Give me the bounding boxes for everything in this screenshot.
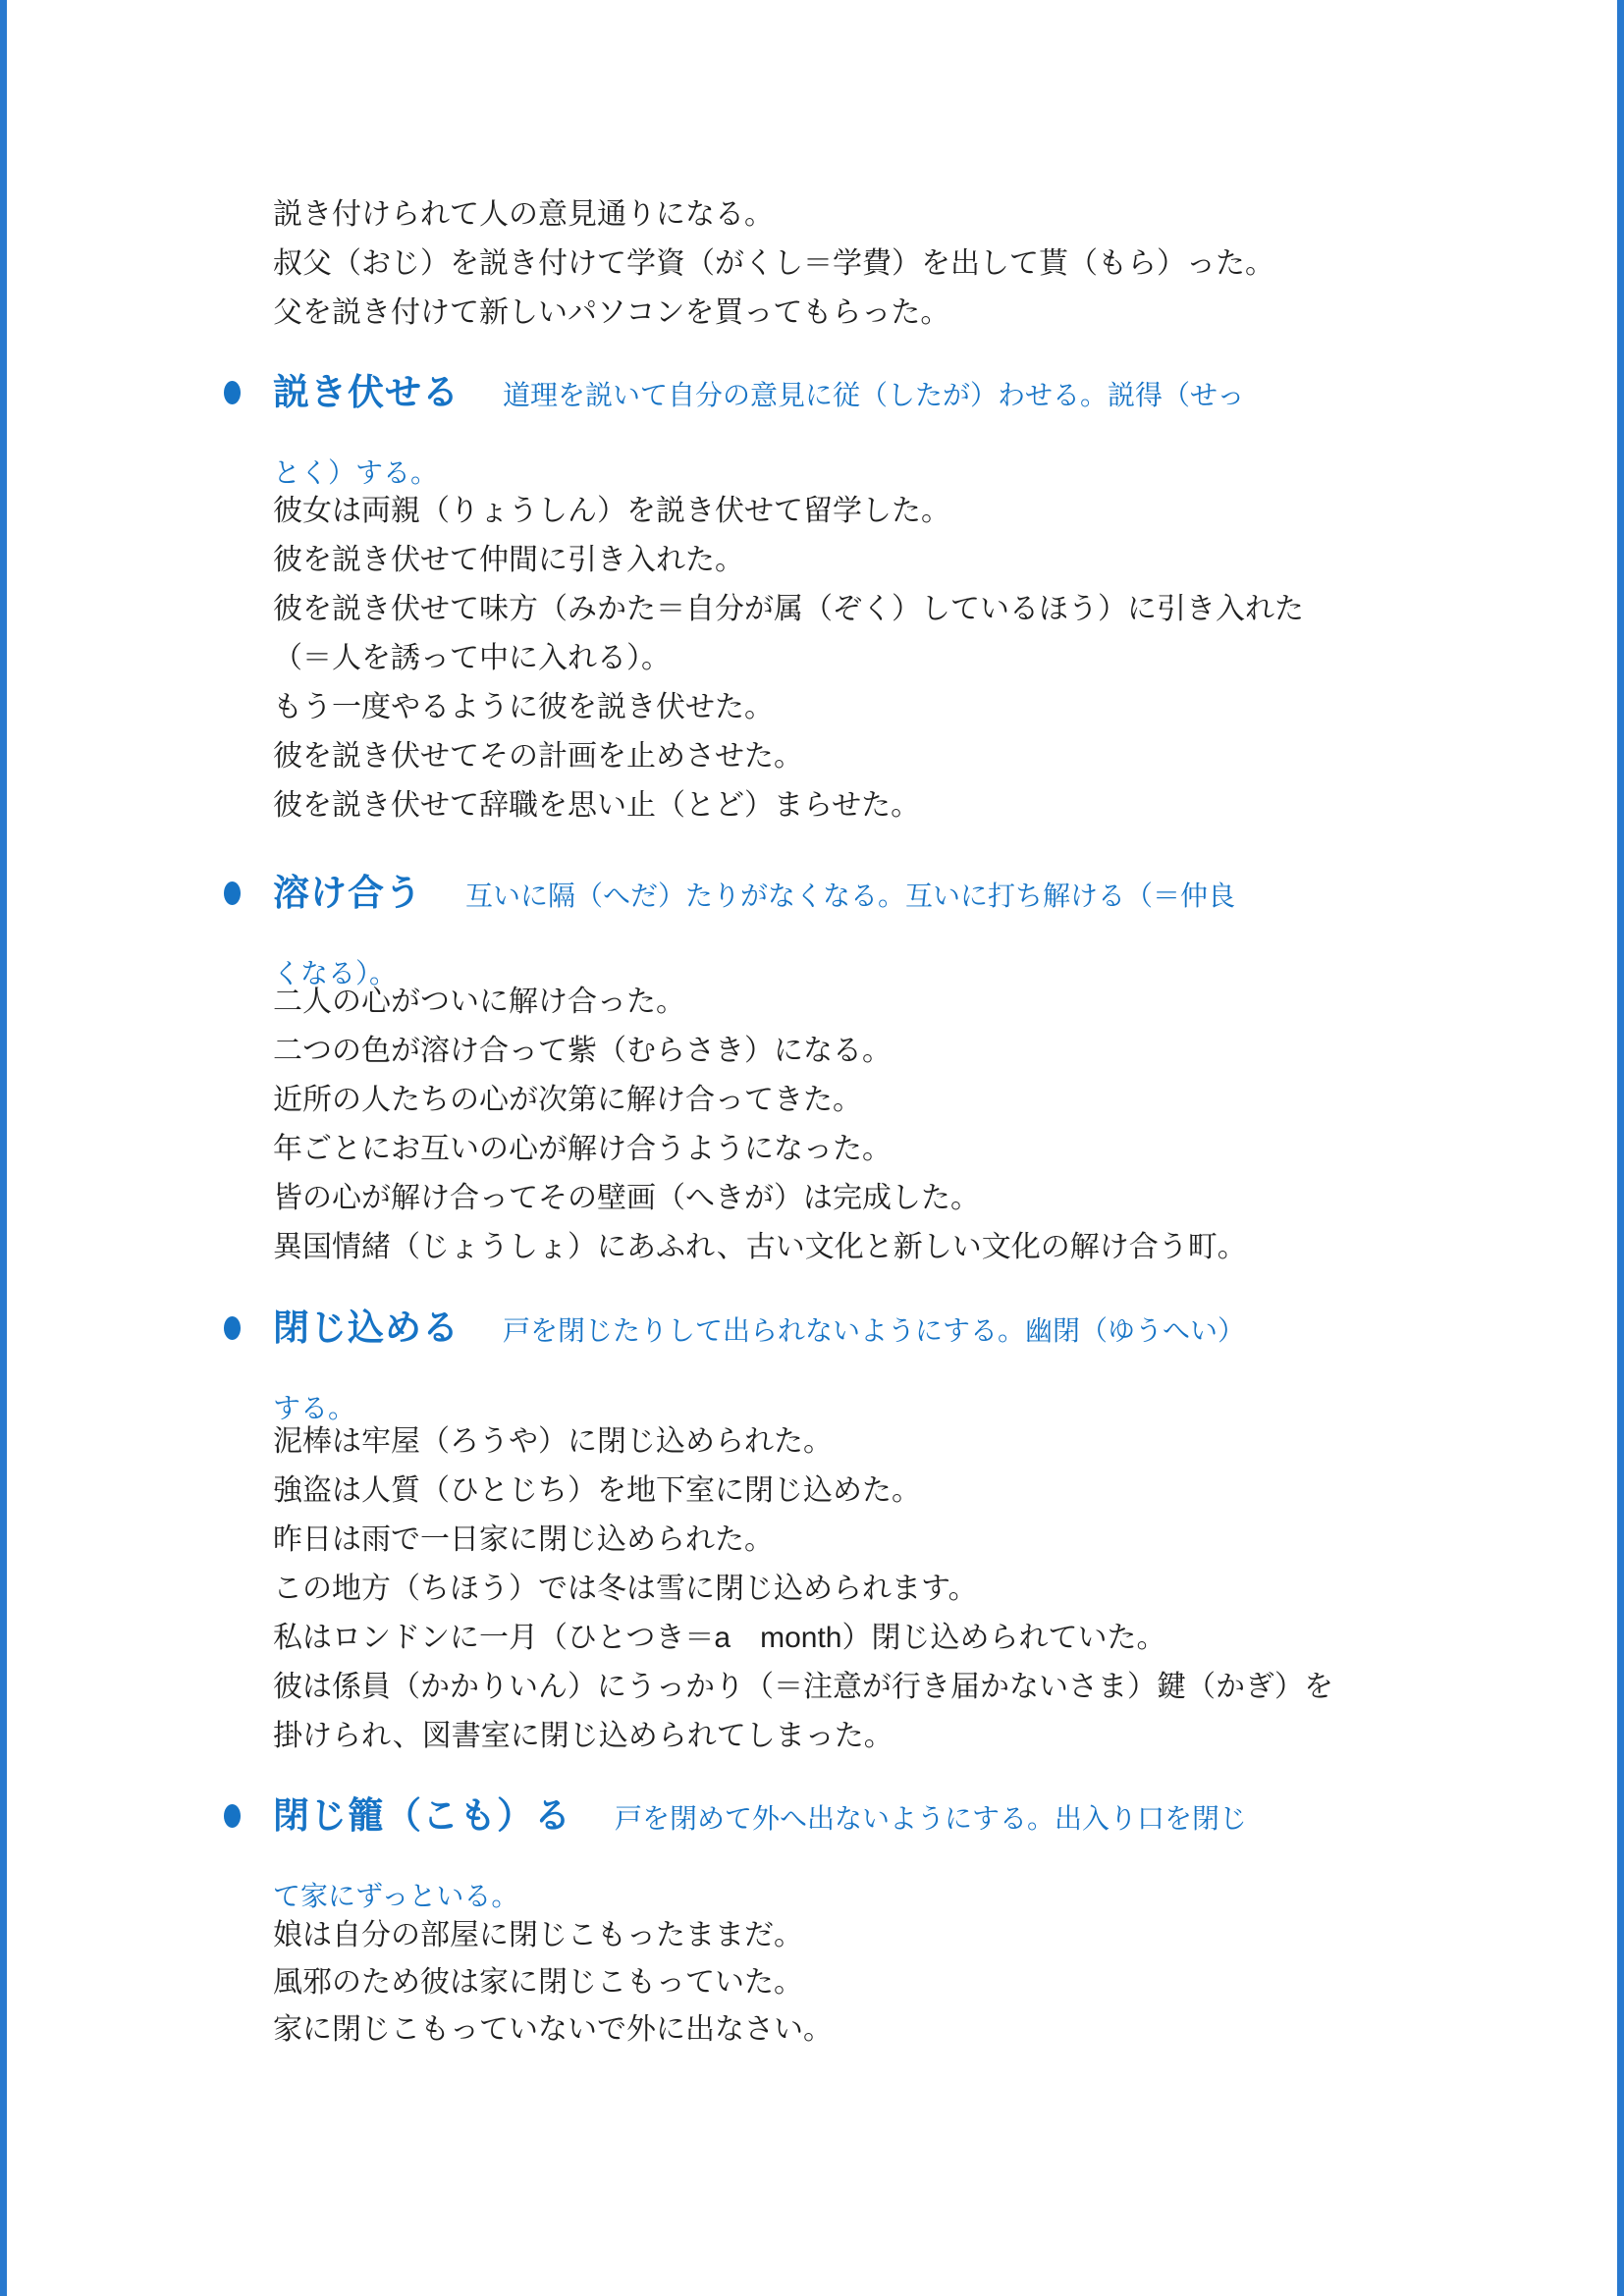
example-sentence: この地方（ちほう）では冬は雪に閉じ込められます。 (273, 1565, 1549, 1614)
example-sentence: 私はロンドンに一月（ひとつき＝a month）閉じ込められていた。 (273, 1614, 1549, 1663)
page-edge-bar-right (1617, 0, 1624, 2296)
example-sentence: 泥棒は牢屋（ろうや）に閉じ込められた。 (273, 1417, 1549, 1467)
entry-headword: 閉じ籠（こも）る (273, 1795, 571, 1836)
entry-examples: 彼女は両親（りょうしん）を説き伏せて留学した。 彼を説き伏せて仲間に引き入れた。… (273, 487, 1549, 830)
example-sentence: 近所の人たちの心が次第に解け合ってきた。 (273, 1076, 1549, 1125)
example-sentence: 異国情緒（じょうしょ）にあふれ、古い文化と新しい文化の解け合う町。 (273, 1223, 1549, 1272)
example-sentence: 父を説き付けて新しいパソコンを買ってもらった。 (273, 289, 1549, 338)
entry-headword: 溶け合う (273, 873, 422, 913)
example-sentence: もう一度やるように彼を説き伏せた。 (273, 683, 1549, 732)
example-sentence: 二人の心がついに解け合った。 (273, 978, 1549, 1027)
page-edge-bar-left (0, 0, 7, 2296)
example-sentence: 彼を説き伏せて味方（みかた＝自分が属（ぞく）しているほう）に引き入れた (273, 585, 1549, 634)
bullet-icon (224, 881, 241, 905)
example-sentence: 説き付けられて人の意見通りになる。 (273, 190, 1549, 240)
entry-headword: 閉じ込める (273, 1308, 460, 1348)
example-sentence: 家に閉じこもっていないで外に出なさい。 (273, 2006, 1549, 2054)
example-sentence: （＝人を誘って中に入れる）。 (273, 634, 1549, 683)
example-sentence: 年ごとにお互いの心が解け合うようになった。 (273, 1125, 1549, 1174)
example-sentence: 叔父（おじ）を説き付けて学資（がくし＝学費）を出して貰（もら）った。 (273, 240, 1549, 289)
entry-definition-line2: とく）する。 (273, 457, 438, 488)
entry-examples: 泥棒は牢屋（ろうや）に閉じ込められた。 強盗は人質（ひとじち）を地下室に閉じ込め… (273, 1417, 1549, 1761)
example-sentence: 強盗は人質（ひとじち）を地下室に閉じ込めた。 (273, 1467, 1549, 1516)
example-sentence: 掛けられ、図書室に閉じ込められてしまった。 (273, 1712, 1549, 1761)
example-sentence: 彼を説き伏せてその計画を止めさせた。 (273, 732, 1549, 781)
entry-headword: 説き伏せる (273, 372, 460, 412)
entry-definition-line1: 互いに隔（へだ）たりがなくなる。互いに打ち解ける（＝仲良 (465, 881, 1235, 911)
example-sentence: 昨日は雨で一日家に閉じ込められた。 (273, 1516, 1549, 1565)
entry-definition-line1: 道理を説いて自分の意見に従（したが）わせる。説得（せっ (503, 380, 1244, 410)
entry-definition-line1: 戸を閉じたりして出られないようにする。幽閉（ゆうへい） (503, 1315, 1245, 1346)
example-sentence: 彼は係員（かかりいん）にうっかり（＝注意が行き届かないさま）鍵（かぎ）を (273, 1663, 1549, 1712)
bullet-icon (224, 1804, 241, 1828)
intro-example-block: 説き付けられて人の意見通りになる。 叔父（おじ）を説き付けて学資（がくし＝学費）… (273, 190, 1549, 338)
entry-definition-line1: 戸を閉めて外へ出ないようにする。出入り口を閉じ (615, 1803, 1247, 1834)
example-sentence: 二つの色が溶け合って紫（むらさき）になる。 (273, 1027, 1549, 1076)
example-sentence: 娘は自分の部屋に閉じこもったままだ。 (273, 1912, 1549, 1959)
example-sentence: 彼女は両親（りょうしん）を説き伏せて留学した。 (273, 487, 1549, 536)
example-sentence: 彼を説き伏せて辞職を思い止（とど）まらせた。 (273, 781, 1549, 830)
example-sentence: 皆の心が解け合ってその壁画（へきが）は完成した。 (273, 1174, 1549, 1223)
entry-examples: 娘は自分の部屋に閉じこもったままだ。 風邪のため彼は家に閉じこもっていた。 家に… (273, 1912, 1549, 2054)
bullet-icon (224, 381, 241, 404)
entry-definition-line2: て家にずっといる。 (273, 1881, 518, 1911)
entry-examples: 二人の心がついに解け合った。 二つの色が溶け合って紫（むらさき）になる。 近所の… (273, 978, 1549, 1272)
example-sentence: 彼を説き伏せて仲間に引き入れた。 (273, 536, 1549, 585)
example-sentence: 風邪のため彼は家に閉じこもっていた。 (273, 1959, 1549, 2006)
bullet-icon (224, 1316, 241, 1340)
